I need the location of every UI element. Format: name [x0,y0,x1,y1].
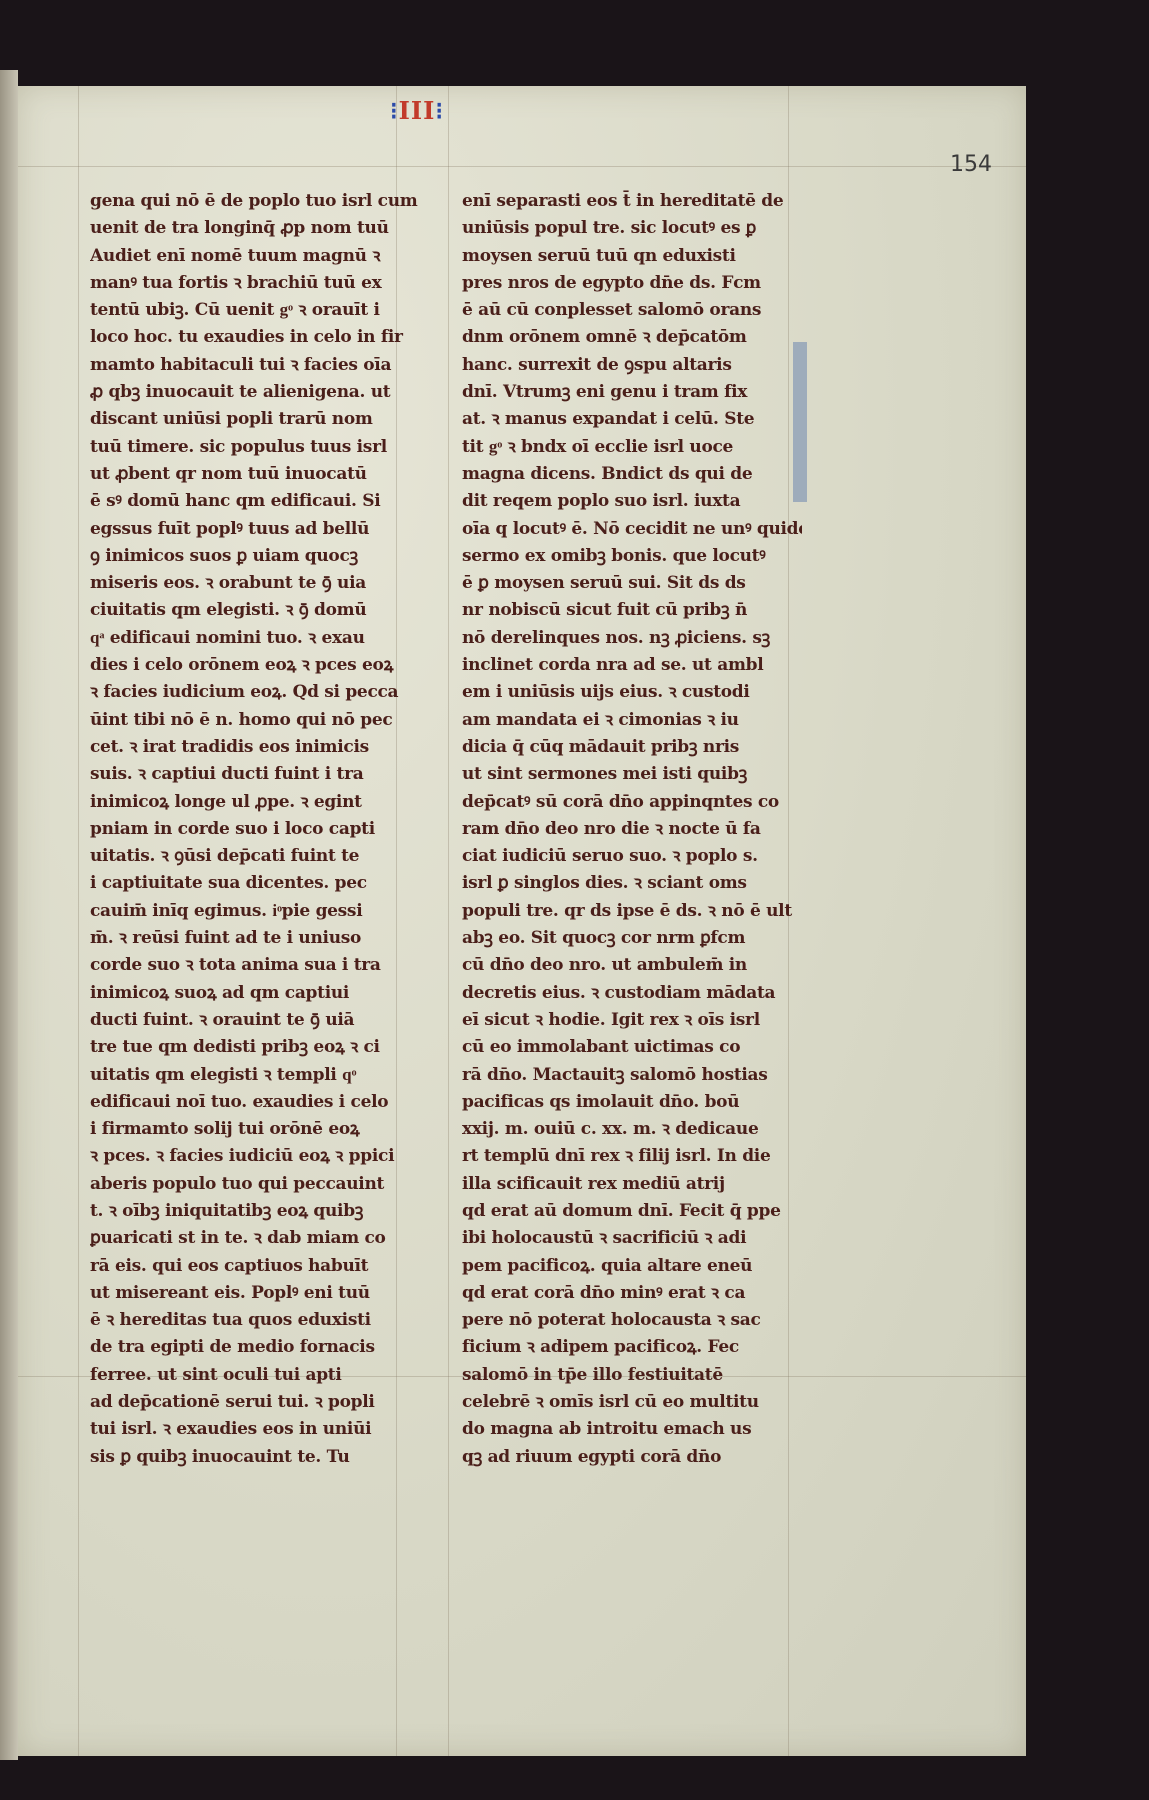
text-line: ē aū cū conplesset salomō orans [462,297,802,324]
text-line: ram dn̄o deo nro die ꝛ nocte ū fa [462,816,802,843]
text-line: em i uniūsis uijs eius. ꝛ custodi [462,679,802,706]
text-line: ut sint sermones mei isti quibꝫ [462,761,802,788]
text-line: moysen seruū tuū qn eduxisti [462,243,802,270]
text-line: do magna ab introitu emach us [462,1416,802,1443]
text-line: qꝫ ad riuum egypti corā dn̄o [462,1444,802,1471]
text-line: dit reqem poplo suo isrl. iuxta [462,488,802,515]
text-line: discant uniūsi popli trarū nom [90,406,420,433]
text-line: pere nō poterat holocausta ꝛ sac [462,1307,802,1334]
text-line: pem pacificoꝝ. quia altare eneū [462,1253,802,1280]
text-line: uenit de tra longinq̄ ꝓp nom tuū [90,215,420,242]
text-line: dicia q̄ cūq mādauit pribꝫ nris [462,734,802,761]
text-line: dep̄catꝰ sū corā dn̄o appinqntes co [462,789,802,816]
text-line: tre tue qm dedisti pribꝫ eoꝝ ꝛ ci [90,1034,420,1061]
adjacent-page-edge [0,70,18,1760]
text-line: populi tre. qr ds ipse ē ds. ꝛ nō ē ult [462,898,802,925]
text-line: t. ꝛ oībꝫ iniquitatibꝫ eoꝝ quibꝫ [90,1198,420,1225]
text-line: sermo ex omibꝫ bonis. que locutꝰ [462,543,802,570]
text-line: nr nobiscū sicut fuit cū pribꝫ n̄ [462,597,802,624]
ruling-line [448,86,449,1756]
text-line: at. ꝛ manus expandat i celū. Ste [462,406,802,433]
text-line: ciat iudiciū seruo suo. ꝛ poplo s. [462,843,802,870]
text-line: rā eis. qui eos captiuos habuīt [90,1253,420,1280]
text-line: qd erat aū domum dnī. Fecit q̄ ppe [462,1198,802,1225]
text-line: abꝫ eo. Sit quocꝫ cor nrm ꝑfcm [462,925,802,952]
text-line: ferree. ut sint oculi tui apti [90,1362,420,1389]
text-line: pacificas qs imolauit dn̄o. boū [462,1089,802,1116]
text-line: dnm orōnem omnē ꝛ dep̄catōm [462,324,802,351]
ruling-line [18,166,1026,167]
text-line: ut ꝓbent qr nom tuū inuocatū [90,461,420,488]
text-line: tui isrl. ꝛ exaudies eos in uniūi [90,1416,420,1443]
text-line: pniam in corde suo i loco capti [90,816,420,843]
text-line: dnī. Vtrumꝫ eni genu i tram fix [462,379,802,406]
text-line: cet. ꝛ irat tradidis eos inimicis [90,734,420,761]
text-line: Audiet enī nomē tuum magnū ꝛ [90,243,420,270]
text-line: enī separasti eos t̄ in hereditatē de [462,188,802,215]
text-line: hanc. surrexit de ꝯspu altaris [462,352,802,379]
text-line: m̄. ꝛ reūsi fuint ad te i uniuso [90,925,420,952]
folio-number: 154 [950,152,992,177]
text-line: ut misereant eis. Poplꝰ eni tuū [90,1280,420,1307]
text-line: ficium ꝛ adipem pacificoꝝ. Fec [462,1334,802,1361]
text-line: ē ꝑ moysen seruū sui. Sit ds ds [462,570,802,597]
text-line: rā dn̄o. Mactauitꝫ salomō hostias [462,1062,802,1089]
text-line: rt templū dnī rex ꝛ filij isrl. In die [462,1143,802,1170]
text-line: am mandata ei ꝛ cimonias ꝛ iu [462,707,802,734]
text-line: ꝑuaricati st in te. ꝛ dab miam co [90,1225,420,1252]
text-line: miseris eos. ꝛ orabunt te ꝯ̄ uia [90,570,420,597]
text-line: isrl ꝑ singlos dies. ꝛ sciant oms [462,870,802,897]
text-column-left: gena qui nō ē de poplo tuo isrl cumuenit… [90,188,420,1471]
text-line: nō derelinques nos. nꝫ ꝓiciens. sꝫ [462,625,802,652]
text-line: inclinet corda nra ad se. ut ambl [462,652,802,679]
text-line: illa scificauit rex mediū atrij [462,1171,802,1198]
text-line: oīa q locutꝰ ē. Nō cecidit ne unꝰ quide [462,516,802,543]
text-line: inimicoꝝ suoꝝ ad qm captiui [90,980,420,1007]
text-line: edificaui noī tuo. exaudies i celo [90,1089,420,1116]
text-line: cū dn̄o deo nro. ut ambulem̄ in [462,952,802,979]
text-line: ciuitatis qm elegisti. ꝛ ꝯ̄ domū [90,597,420,624]
text-line: cū eo immolabant uictimas co [462,1034,802,1061]
text-line: salomō in tp̄e illo festiuitatē [462,1362,802,1389]
text-line: ē sꝰ domū hanc qm edificaui. Si [90,488,420,515]
text-line: egssus fuīt poplꝰ tuus ad bellū [90,516,420,543]
heading-dots-left: ⁝ [390,96,399,125]
text-line: magna dicens. Bndict ds qui de [462,461,802,488]
text-line: mamto habitaculi tui ꝛ facies oīa [90,352,420,379]
text-line: manꝰ tua fortis ꝛ brachiū tuū ex [90,270,420,297]
text-line: loco hoc. tu exaudies in celo in fir [90,324,420,351]
text-line: qd erat corā dn̄o minꝰ erat ꝛ ca [462,1280,802,1307]
text-line: celebrē ꝛ omīs isrl cū eo multitu [462,1389,802,1416]
text-line: tuū timere. sic populus tuus isrl [90,434,420,461]
text-line: i captiuitate sua dicentes. pec [90,870,420,897]
text-line: suis. ꝛ captiui ducti fuint i tra [90,761,420,788]
text-line: aberis populo tuo qui peccauint [90,1171,420,1198]
text-line: eī sicut ꝛ hodie. Igit rex ꝛ oīs isrl [462,1007,802,1034]
heading-numeral: III [399,96,436,125]
text-line: cauim̄ inīq egimus. iͦpie gessi [90,898,420,925]
ruling-line [78,86,79,1756]
text-line: tit gͦ ꝛ bndx oī ecclie isrl uoce [462,434,802,461]
text-line: ꝛ pces. ꝛ facies iudiciū eoꝝ ꝛ ppici [90,1143,420,1170]
text-line: ūint tibi nō ē n. homo qui nō pec [90,707,420,734]
text-line: sis ꝑ quibꝫ inuocauint te. Tu [90,1444,420,1471]
text-line: uitatis. ꝛ ꝯūsi dep̄cati fuint te [90,843,420,870]
heading-dots-right: ⁝ [435,96,444,125]
text-line: qͣ edificaui nomini tuo. ꝛ exau [90,625,420,652]
text-column-right: enī separasti eos t̄ in hereditatē deuni… [462,188,802,1471]
text-line: decretis eius. ꝛ custodiam mādata [462,980,802,1007]
running-heading: ⁝III⁝ [390,96,444,125]
text-line: inimicoꝝ longe ul ꝓpe. ꝛ egint [90,789,420,816]
text-line: ꝓ qbꝫ inuocauit te alienigena. ut [90,379,420,406]
text-line: ꝯ inimicos suos ꝑ uiam quocꝫ [90,543,420,570]
text-line: i firmamto solij tui orōnē eoꝝ [90,1116,420,1143]
text-line: tentū ubiꝫ. Cū uenit gͦ ꝛ orauīt i [90,297,420,324]
text-line: ꝛ facies iudicium eoꝝ. Qd si pecca [90,679,420,706]
text-line: ad dep̄cationē serui tui. ꝛ popli [90,1389,420,1416]
text-line: uitatis qm elegisti ꝛ templi qͦ [90,1062,420,1089]
text-line: gena qui nō ē de poplo tuo isrl cum [90,188,420,215]
text-line: ducti fuint. ꝛ orauint te ꝯ̄ uiā [90,1007,420,1034]
text-line: de tra egipti de medio fornacis [90,1334,420,1361]
text-line: pres nros de egypto dn̄e ds. Fcm [462,270,802,297]
text-line: xxij. m. ouiū c. xx. m. ꝛ dedicaue [462,1116,802,1143]
text-line: ē ꝛ hereditas tua quos eduxisti [90,1307,420,1334]
text-line: ibi holocaustū ꝛ sacrificiū ꝛ adi [462,1225,802,1252]
text-line: corde suo ꝛ tota anima sua i tra [90,952,420,979]
text-line: dies i celo orōnem eoꝝ ꝛ pces eoꝝ [90,652,420,679]
text-line: uniūsis popul tre. sic locutꝰ es ꝑ [462,215,802,242]
